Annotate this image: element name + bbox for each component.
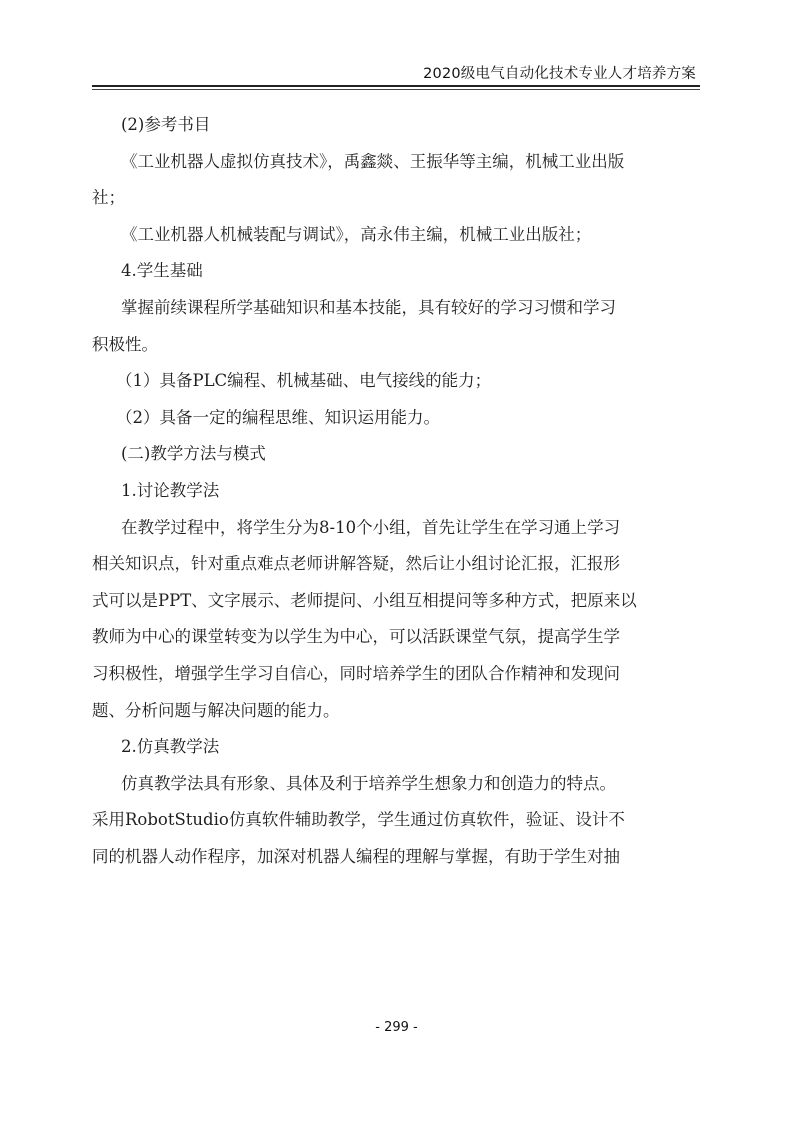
paragraph-line: 同的机器人动作程序，加深对机器人编程的理解与掌握，有助于学生对抽 [92,839,702,876]
list-item: （1）具备PLC编程、机械基础、电气接线的能力； [92,363,702,400]
paragraph-line: 式可以是PPT、文字展示、老师提问、小组互相提问等多种方式，把原来以 [92,583,702,620]
reference-book-1: 《工业机器人虚拟仿真技术》，禹鑫燚、王振华等主编，机械工业出版 [92,144,702,181]
page-header: 2020级电气自动化技术专业人才培养方案 [92,62,700,82]
section-heading-teaching-methods: (二)教学方法与模式 [92,436,702,473]
page-body: (2)参考书目 《工业机器人虚拟仿真技术》，禹鑫燚、王振华等主编，机械工业出版 … [92,107,702,875]
section-heading-student-basis: 4.学生基础 [92,253,702,290]
paragraph-line: 教师为中心的课堂转变为以学生为中心，可以活跃课堂气氛，提高学生学 [92,619,702,656]
paragraph-line: 在教学过程中，将学生分为8-10个小组，首先让学生在学习通上学习 [92,510,702,547]
paragraph-line: 习积极性，增强学生学习自信心，同时培养学生的团队合作精神和发现问 [92,656,702,693]
paragraph-line: 采用RobotStudio仿真软件辅助教学，学生通过仿真软件，验证、设计不 [92,802,702,839]
header-divider-thin [92,89,700,90]
section-heading-reference-books: (2)参考书目 [92,107,702,144]
paragraph-line: 相关知识点，针对重点难点老师讲解答疑，然后让小组讨论汇报，汇报形 [92,546,702,583]
paragraph-line: 题、分析问题与解决问题的能力。 [92,693,702,730]
reference-book-2: 《工业机器人机械装配与调试》，高永伟主编，机械工业出版社； [92,217,702,254]
paragraph-line: 积极性。 [92,327,702,364]
page-number: - 299 - [0,1020,793,1035]
paragraph-line: 掌握前续课程所学基础知识和基本技能，具有较好的学习习惯和学习 [92,290,702,327]
document-title: 2020级电气自动化技术专业人才培养方案 [423,62,696,83]
list-item: （2）具备一定的编程思维、知识运用能力。 [92,400,702,437]
subsection-heading-discussion: 1.讨论教学法 [92,473,702,510]
reference-book-1-cont: 社； [92,180,702,217]
paragraph-line: 仿真教学法具有形象、具体及利于培养学生想象力和创造力的特点。 [92,766,702,803]
header-divider [92,85,700,87]
subsection-heading-simulation: 2.仿真教学法 [92,729,702,766]
